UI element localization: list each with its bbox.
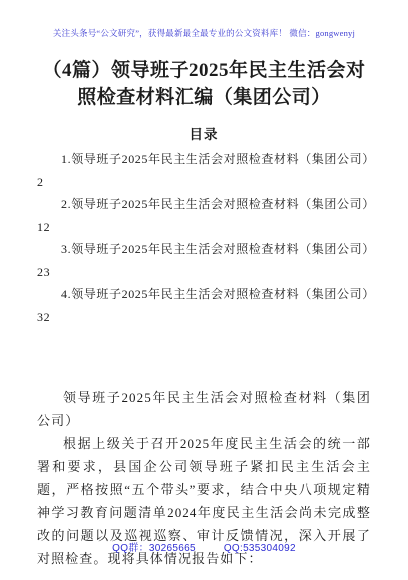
toc-heading: 目录 xyxy=(37,124,371,146)
toc-entry-page: 12 xyxy=(37,216,371,239)
qq-number: QQ:535304092 xyxy=(224,543,296,554)
toc-entry: 2.领导班子2025年民主生活会对照检查材料（集团公司） 12 xyxy=(37,193,371,238)
toc-entry: 1.领导班子2025年民主生活会对照检查材料（集团公司） 2 xyxy=(37,148,371,193)
toc-entry-label: 2.领导班子2025年民主生活会对照检查材料（集团公司） xyxy=(37,193,371,216)
footer-contact: QQ群：30265665QQ:535304092 xyxy=(0,539,408,554)
promo-banner-text: 关注头条号“公文研究”，获得最新最全最专业的公文资料库！ 微信：gongweny… xyxy=(37,27,371,40)
toc-entry-label: 3.领导班子2025年民主生活会对照检查材料（集团公司） xyxy=(37,238,371,261)
qq-group-number: QQ群：30265665 xyxy=(112,543,196,554)
toc-entry: 3.领导班子2025年民主生活会对照检查材料（集团公司） 23 xyxy=(37,238,371,283)
document-title: （4篇）领导班子2025年民主生活会对照检查材料汇编（集团公司） xyxy=(37,57,371,111)
toc-entry-label: 4.领导班子2025年民主生活会对照检查材料（集团公司） xyxy=(37,283,371,306)
toc-entry-label: 1.领导班子2025年民主生活会对照检查材料（集团公司） xyxy=(37,148,371,171)
toc-entry-page: 32 xyxy=(37,306,371,329)
section-title-paragraph: 领导班子2025年民主生活会对照检查材料（集团公司） xyxy=(37,386,371,432)
toc-entry: 4.领导班子2025年民主生活会对照检查材料（集团公司） 32 xyxy=(37,283,371,328)
toc-list: 1.领导班子2025年民主生活会对照检查材料（集团公司） 2 2.领导班子202… xyxy=(37,148,371,328)
toc-entry-page: 2 xyxy=(37,171,371,194)
document-page: 关注头条号“公文研究”，获得最新最全最专业的公文资料库！ 微信：gongweny… xyxy=(0,0,408,580)
toc-entry-page: 23 xyxy=(37,261,371,284)
